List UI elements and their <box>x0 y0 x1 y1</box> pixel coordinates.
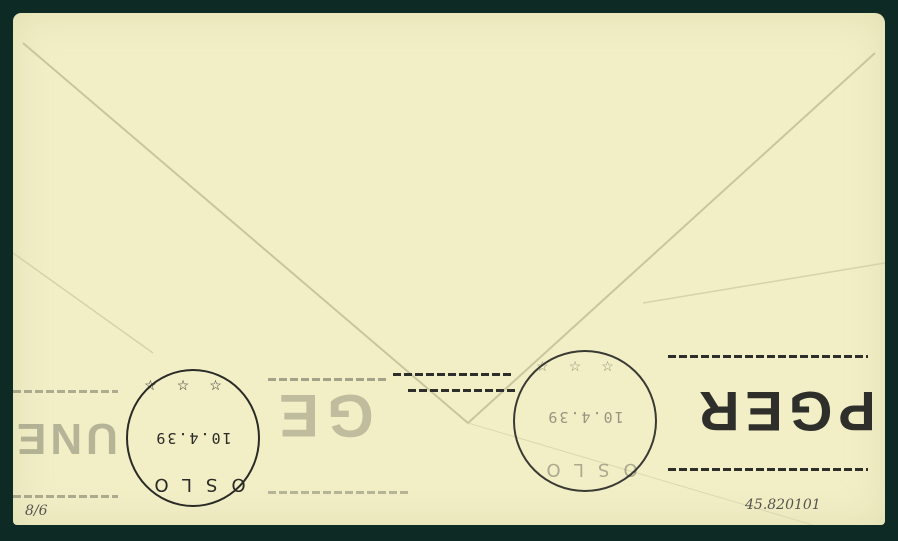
envelope-back: PGER GE UNE ☆☆☆ 10.4.39 OSLO ☆☆☆ 10.4.39… <box>13 13 885 525</box>
pencil-annotation-left: 8/6 <box>25 503 48 519</box>
cancel-bar <box>668 355 868 358</box>
pencil-annotation-right: 45.820101 <box>745 497 821 513</box>
postmark-city: OSLO <box>128 474 258 495</box>
cancel-bar <box>268 491 408 494</box>
cancel-bar <box>393 373 513 376</box>
slogan-cancel-middle: GE <box>271 381 374 450</box>
cancel-bar <box>408 389 518 392</box>
postmark-oslo-left: ☆☆☆ 10.4.39 OSLO <box>126 369 260 507</box>
postmark-oslo-right: ☆☆☆ 10.4.39 OSLO <box>513 350 657 492</box>
postmark-date: 10.4.39 <box>128 429 258 447</box>
star-icon: ☆☆☆ <box>128 377 258 394</box>
postmark-date: 10.4.39 <box>515 408 655 426</box>
slogan-cancel-right: PGER <box>693 379 876 444</box>
star-icon: ☆☆☆ <box>515 358 655 375</box>
cancel-bar <box>668 468 868 471</box>
postmark-city: OSLO <box>515 459 655 480</box>
cancel-bar <box>13 390 118 393</box>
cancel-bar <box>13 495 118 498</box>
slogan-cancel-left: UNE <box>13 413 118 463</box>
